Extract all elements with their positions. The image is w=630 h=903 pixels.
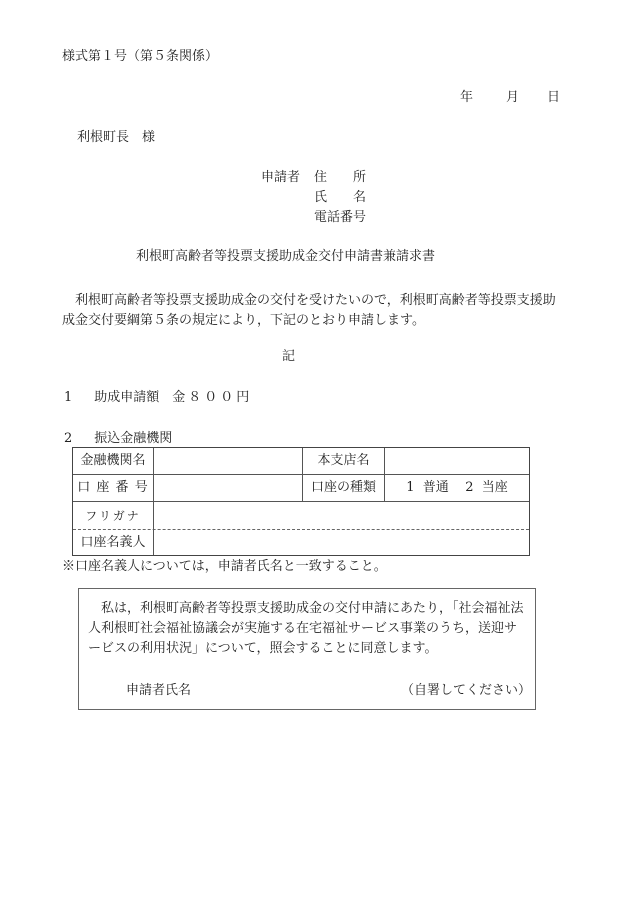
form-number: 様式第１号（第５条関係） bbox=[62, 49, 218, 65]
addressee: 利根町長様 bbox=[77, 130, 155, 146]
branch-name-input[interactable] bbox=[385, 448, 529, 474]
furigana-input[interactable] bbox=[154, 502, 529, 529]
signature-label: 申請者氏名 bbox=[126, 683, 191, 699]
account-holder-input[interactable] bbox=[154, 530, 529, 555]
month-label: 月 bbox=[506, 90, 519, 106]
account-number-label: 口 座 番 号 bbox=[73, 475, 153, 501]
ki-heading: 記 bbox=[282, 349, 295, 365]
document-title: 利根町高齢者等投票支援助成金交付申請書兼請求書 bbox=[136, 249, 435, 265]
bank-name-input[interactable] bbox=[154, 448, 302, 474]
addressee-honorific: 様 bbox=[142, 130, 155, 145]
account-type-label: 口座の種類 bbox=[303, 475, 384, 501]
branch-name-label: 本支店名 bbox=[303, 448, 384, 474]
address-field-label: 住所 bbox=[314, 170, 366, 186]
addressee-name: 利根町長 bbox=[77, 130, 129, 145]
consent-box: 私は，利根町高齢者等投票支援助成金の交付申請にあたり，「社会福祉法人利根町社会福… bbox=[78, 588, 536, 710]
bank-name-label: 金融機関名 bbox=[73, 448, 153, 474]
account-holder-note: ※口座名義人については，申請者氏名と一致すること。 bbox=[62, 559, 387, 575]
item-application-amount: 1助成申請額金８００円 bbox=[64, 390, 252, 406]
amount-value: 金８００円 bbox=[172, 390, 252, 405]
phone-field-label: 電話番号 bbox=[314, 210, 366, 226]
body-paragraph: 利根町高齢者等投票支援助成金の交付を受けたいので，利根町高齢者等投票支援助成金交… bbox=[62, 291, 567, 331]
name-field-label: 氏名 bbox=[314, 190, 366, 206]
applicant-label: 申請者 bbox=[261, 170, 300, 186]
account-number-input[interactable] bbox=[154, 475, 302, 501]
account-type-options[interactable]: 1 普通 2 当座 bbox=[385, 475, 529, 501]
signature-hint: （自署してください） bbox=[401, 683, 531, 699]
bank-table: 金融機関名 本支店名 口 座 番 号 口座の種類 1 普通 2 当座 フリガナ … bbox=[72, 447, 530, 556]
consent-text: 私は，利根町高齢者等投票支援助成金の交付申請にあたり，「社会福祉法人利根町社会福… bbox=[88, 599, 528, 659]
item-bank-heading: 2振込金融機関 bbox=[64, 431, 172, 447]
account-holder-label: 口座名義人 bbox=[73, 530, 153, 555]
date-row: 年月日 bbox=[460, 90, 560, 106]
furigana-label: フリガナ bbox=[73, 502, 153, 529]
day-label: 日 bbox=[547, 90, 560, 106]
year-label: 年 bbox=[460, 90, 473, 106]
